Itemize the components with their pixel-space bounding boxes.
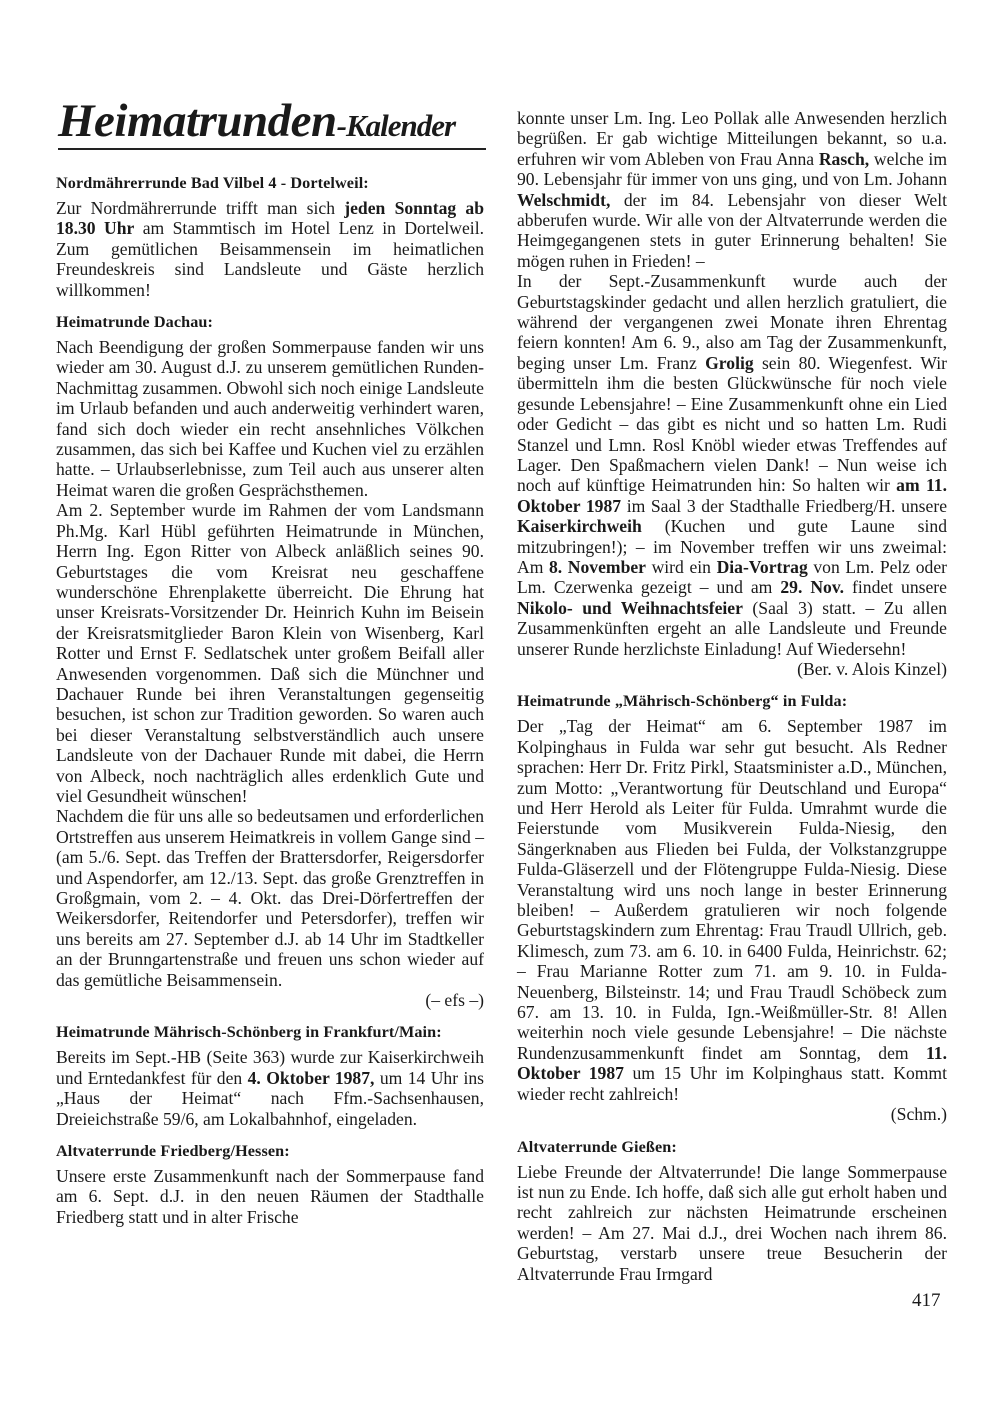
section-giessen: Altvaterrunde Gießen: Liebe Freunde der … bbox=[517, 1137, 947, 1284]
author-signature: (Ber. v. Alois Kinzel) bbox=[517, 659, 947, 679]
section-bad-vilbel: Nordmährerrunde Bad Vilbel 4 - Dortelwei… bbox=[56, 173, 484, 300]
section-frankfurt: Heimatrunde Mährisch-Schönberg in Frankf… bbox=[56, 1022, 484, 1129]
section-heading: Nordmährerrunde Bad Vilbel 4 - Dortelwei… bbox=[56, 173, 484, 193]
section-heading: Altvaterrunde Friedberg/Hessen: bbox=[56, 1141, 484, 1161]
left-column: Nordmährerrunde Bad Vilbel 4 - Dortelwei… bbox=[56, 173, 484, 1239]
section-paragraph: In der Sept.-Zusammenkunft wurde auch de… bbox=[517, 271, 947, 659]
section-heading: Heimatrunde „Mährisch-Schönberg“ in Fuld… bbox=[517, 691, 947, 711]
section-paragraph: Zur Nordmährerrunde trifft man sich jede… bbox=[56, 198, 484, 300]
section-fulda: Heimatrunde „Mährisch-Schönberg“ in Fuld… bbox=[517, 691, 947, 1124]
author-signature: (– efs –) bbox=[56, 990, 484, 1010]
section-heading: Heimatrunde Mährisch-Schönberg in Frankf… bbox=[56, 1022, 484, 1042]
section-paragraph: Nach Beendigung der großen Sommerpause f… bbox=[56, 337, 484, 500]
section-dachau: Heimatrunde Dachau: Nach Beendigung der … bbox=[56, 312, 484, 1010]
page-title: Heimatrunden-Kalender bbox=[58, 96, 486, 150]
section-friedberg-cont: konnte unser Lm. Ing. Leo Pollak alle An… bbox=[517, 108, 947, 679]
page-number: 417 bbox=[912, 1290, 941, 1312]
section-paragraph: Am 2. September wurde im Rahmen der vom … bbox=[56, 500, 484, 806]
author-signature: (Schm.) bbox=[517, 1104, 947, 1124]
section-friedberg-start: Altvaterrunde Friedberg/Hessen: Unsere e… bbox=[56, 1141, 484, 1227]
title-suffix: -Kalender bbox=[337, 108, 455, 143]
section-paragraph: Bereits im Sept.-HB (Seite 363) wurde zu… bbox=[56, 1047, 484, 1129]
section-heading: Heimatrunde Dachau: bbox=[56, 312, 484, 332]
right-column: konnte unser Lm. Ing. Leo Pollak alle An… bbox=[517, 108, 947, 1296]
section-paragraph: Unsere erste Zusammenkunft nach der Somm… bbox=[56, 1166, 484, 1227]
section-paragraph: Der „Tag der Heimat“ am 6. September 198… bbox=[517, 716, 947, 1104]
section-paragraph: Nachdem die für uns alle so bedeutsamen … bbox=[56, 806, 484, 990]
section-paragraph: Liebe Freunde der Altvaterrunde! Die lan… bbox=[517, 1162, 947, 1284]
title-main: Heimatrunden bbox=[58, 95, 337, 147]
section-paragraph: konnte unser Lm. Ing. Leo Pollak alle An… bbox=[517, 108, 947, 271]
section-heading: Altvaterrunde Gießen: bbox=[517, 1137, 947, 1157]
